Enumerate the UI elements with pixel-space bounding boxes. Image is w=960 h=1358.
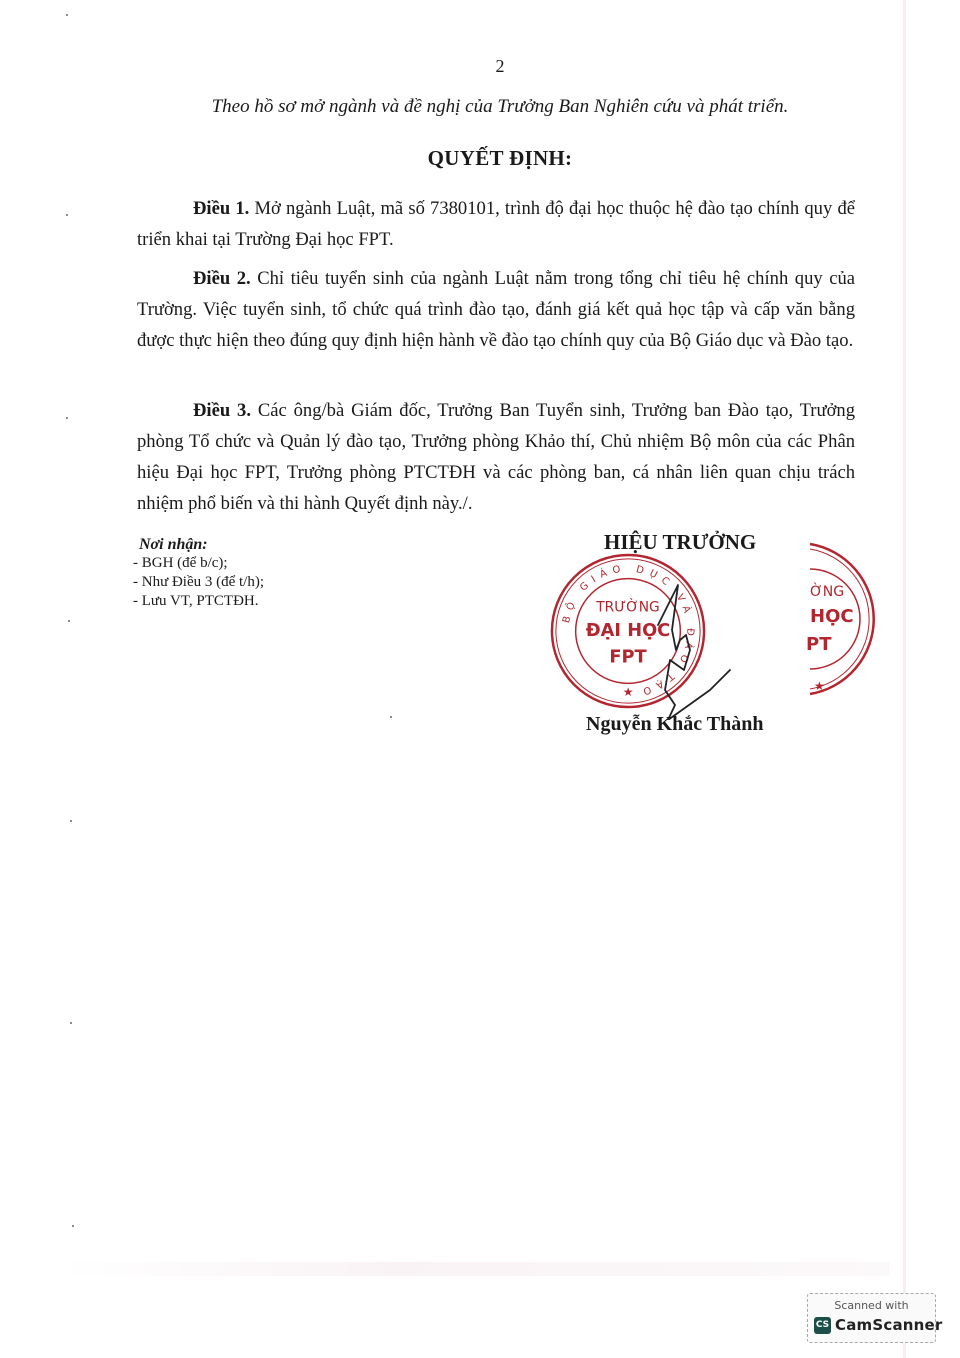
handwritten-signature bbox=[650, 580, 770, 720]
recipient-item: - Như Điều 3 (để t/h); bbox=[133, 573, 264, 592]
recipients-title: Nơi nhận: bbox=[139, 535, 264, 554]
scan-speck bbox=[72, 1225, 74, 1227]
page-edge bbox=[903, 0, 906, 1358]
star-icon: ★ bbox=[814, 679, 825, 693]
intro-clause: Theo hồ sơ mở ngành và đề nghị của Trưởn… bbox=[138, 96, 862, 118]
partial-stamp-line-1: ỜNG bbox=[810, 582, 844, 600]
watermark-brand: CamScanner bbox=[835, 1316, 943, 1334]
scan-shadow bbox=[60, 1262, 890, 1276]
scan-speck bbox=[70, 820, 72, 822]
article-3-label: Điều 3. bbox=[193, 400, 251, 421]
stamp-line-3: FPT bbox=[609, 648, 647, 668]
recipient-item: - BGH (để b/c); bbox=[133, 554, 264, 573]
article-3: Điều 3. Các ông/bà Giám đốc, Trưởng Ban … bbox=[137, 395, 855, 519]
recipients-block: Nơi nhận: - BGH (để b/c); - Như Điều 3 (… bbox=[133, 535, 264, 611]
decision-title: QUYẾT ĐỊNH: bbox=[0, 146, 960, 171]
partial-stamp-line-2: HỌC bbox=[810, 606, 854, 627]
scan-speck bbox=[66, 417, 68, 419]
scan-speck bbox=[390, 716, 392, 718]
watermark-top-text: Scanned with bbox=[808, 1299, 935, 1312]
scan-speck bbox=[66, 214, 68, 216]
article-2: Điều 2. Chỉ tiêu tuyển sinh của ngành Lu… bbox=[137, 263, 855, 356]
partial-stamp: ỜNG HỌC PT ★ bbox=[800, 538, 895, 700]
page-number: 2 bbox=[0, 56, 960, 77]
signatory-name: Nguyễn Khắc Thành bbox=[586, 713, 763, 736]
article-1: Điều 1. Mở ngành Luật, mã số 7380101, tr… bbox=[137, 193, 855, 255]
star-icon: ★ bbox=[623, 685, 634, 699]
scan-speck bbox=[70, 1022, 72, 1024]
scan-speck bbox=[68, 620, 70, 622]
recipient-item: - Lưu VT, PTCTĐH. bbox=[133, 592, 264, 611]
article-2-label: Điều 2. bbox=[193, 268, 251, 289]
article-1-label: Điều 1. bbox=[193, 198, 249, 219]
scan-speck bbox=[66, 14, 68, 16]
partial-stamp-line-3: PT bbox=[806, 634, 832, 655]
camscanner-watermark: Scanned with CS CamScanner bbox=[807, 1293, 936, 1343]
camscanner-logo-icon: CS bbox=[814, 1317, 831, 1334]
signatory-title: HIỆU TRƯỞNG bbox=[604, 530, 756, 555]
